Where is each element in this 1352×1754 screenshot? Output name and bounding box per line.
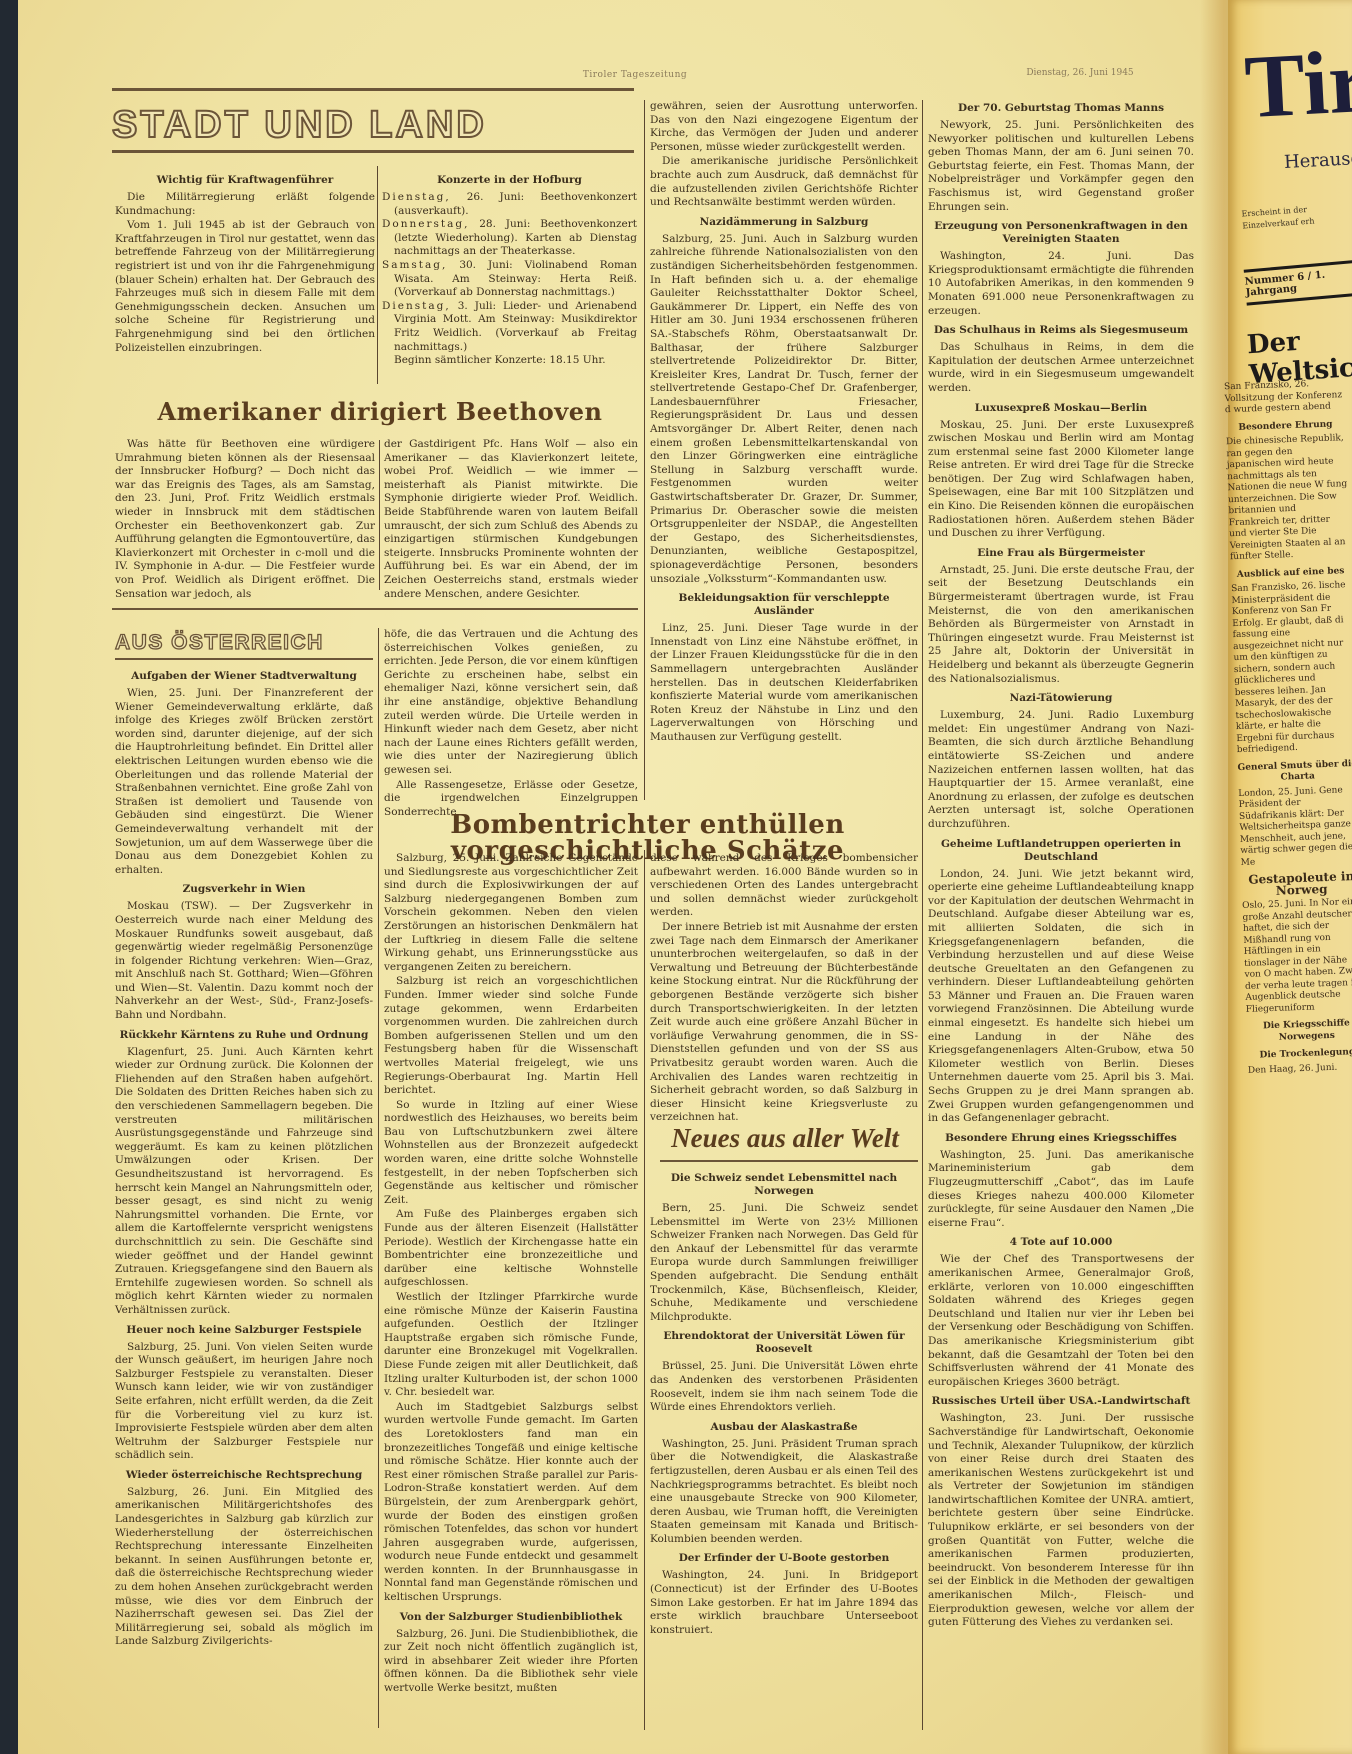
book-binding bbox=[0, 0, 18, 1754]
masthead-rule-top bbox=[112, 88, 634, 91]
concert-entry: Dienstag, 26. Juni: Beethovenkonzert (au… bbox=[382, 191, 637, 218]
running-date: Dienstag, 26. Juni 1945 bbox=[1010, 68, 1150, 78]
column-3-top: gewähren, seien der Ausrottung unterworf… bbox=[650, 100, 918, 746]
column-oesterreich: Aufgaben der Wiener Stadtverwaltung Wien… bbox=[115, 664, 373, 1650]
column-rule bbox=[644, 850, 645, 1730]
section-rule bbox=[112, 608, 638, 610]
section-masthead: STADT UND LAND bbox=[112, 106, 634, 144]
concert-footer: Beginn sämtlicher Konzerte: 18.15 Uhr. bbox=[382, 354, 637, 368]
article-beethoven-right: der Gastdirigent Pfc. Hans Wolf — also e… bbox=[384, 438, 638, 602]
column-4: Der 70. Geburtstag Thomas Manns Newyork,… bbox=[928, 96, 1194, 1631]
column-neues: Die Schweiz sendet Lebensmittel nach Nor… bbox=[650, 1166, 918, 1638]
column-rule bbox=[378, 628, 379, 1728]
article-konzerte: Konzerte in der Hofburg Dienstag, 26. Ju… bbox=[382, 168, 637, 369]
concert-entry: Samstag, 30. Juni: Violinabend Roman Wis… bbox=[382, 259, 637, 300]
adjacent-small-print: Erscheint in der Einzelverkauf erh bbox=[1241, 204, 1315, 233]
column-rule bbox=[644, 100, 645, 800]
article-bombentrichter-right: diese während des Krieges bombensicher a… bbox=[650, 852, 918, 1126]
column-rule bbox=[379, 440, 380, 590]
section-rule bbox=[115, 658, 373, 660]
article-kraftwagen: Wichtig für Kraftwagenführer Die Militär… bbox=[115, 168, 375, 356]
article-bombentrichter-left: Salzburg, 25. Juni. Zahlreiche Gegenstän… bbox=[384, 852, 638, 1697]
concert-entry: Donnerstag, 28. Juni: Beethovenkonzert (… bbox=[382, 218, 637, 259]
headline-beethoven: Amerikaner dirigiert Beethoven bbox=[120, 400, 640, 424]
concert-entry: Dienstag, 3. Juli: Lieder- und Arienaben… bbox=[382, 300, 637, 354]
running-head: Tiroler Tageszeitung bbox=[560, 70, 710, 80]
section-neues-aus-aller-welt: Neues aus aller Welt bbox=[650, 1125, 920, 1152]
column-rule bbox=[377, 166, 378, 384]
section-aus-oesterreich: AUS ÖSTERREICH bbox=[115, 632, 324, 653]
masthead-rule-bottom bbox=[112, 150, 634, 153]
adjacent-masthead: Tir bbox=[1243, 37, 1352, 133]
adjacent-subtitle: Herausg bbox=[1284, 148, 1352, 173]
column-rule bbox=[922, 100, 923, 1730]
section-rule bbox=[660, 1160, 918, 1162]
headline: Konzerte in der Hofburg bbox=[382, 174, 637, 187]
article-rechtsprechung-cont: höfe, die das Vertrauen und die Achtung … bbox=[384, 628, 638, 820]
headline: Wichtig für Kraftwagenführer bbox=[115, 174, 375, 187]
article-beethoven-left: Was hätte für Beethoven eine würdigere U… bbox=[115, 438, 375, 602]
